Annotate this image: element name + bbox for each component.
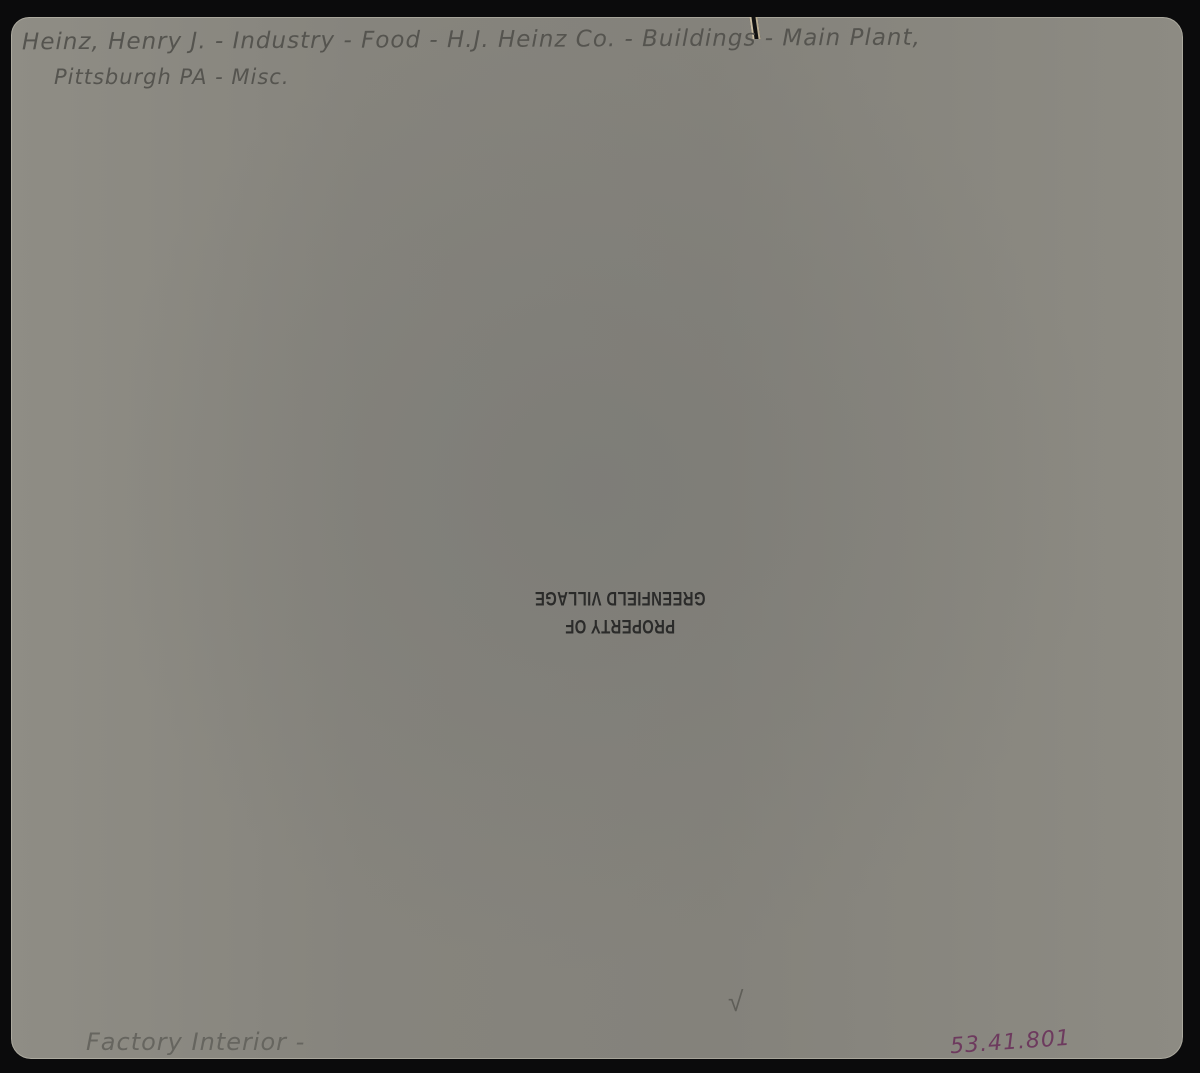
stamp-line-2: GREENFIELD VILLAGE xyxy=(526,583,713,611)
pencil-annotation-subject: Heinz, Henry J. - Industry - Food - H.J.… xyxy=(22,25,921,56)
ownership-stamp: PROPERTY OF GREENFIELD VILLAGE xyxy=(500,583,740,639)
pencil-annotation-description: Factory Interior - xyxy=(86,1028,305,1056)
stamp-line-1: PROPERTY OF xyxy=(526,611,713,639)
mount-card xyxy=(11,17,1183,1059)
check-mark-icon: √ xyxy=(728,985,744,1018)
pencil-annotation-location: Pittsburgh PA - Misc. xyxy=(54,65,290,89)
